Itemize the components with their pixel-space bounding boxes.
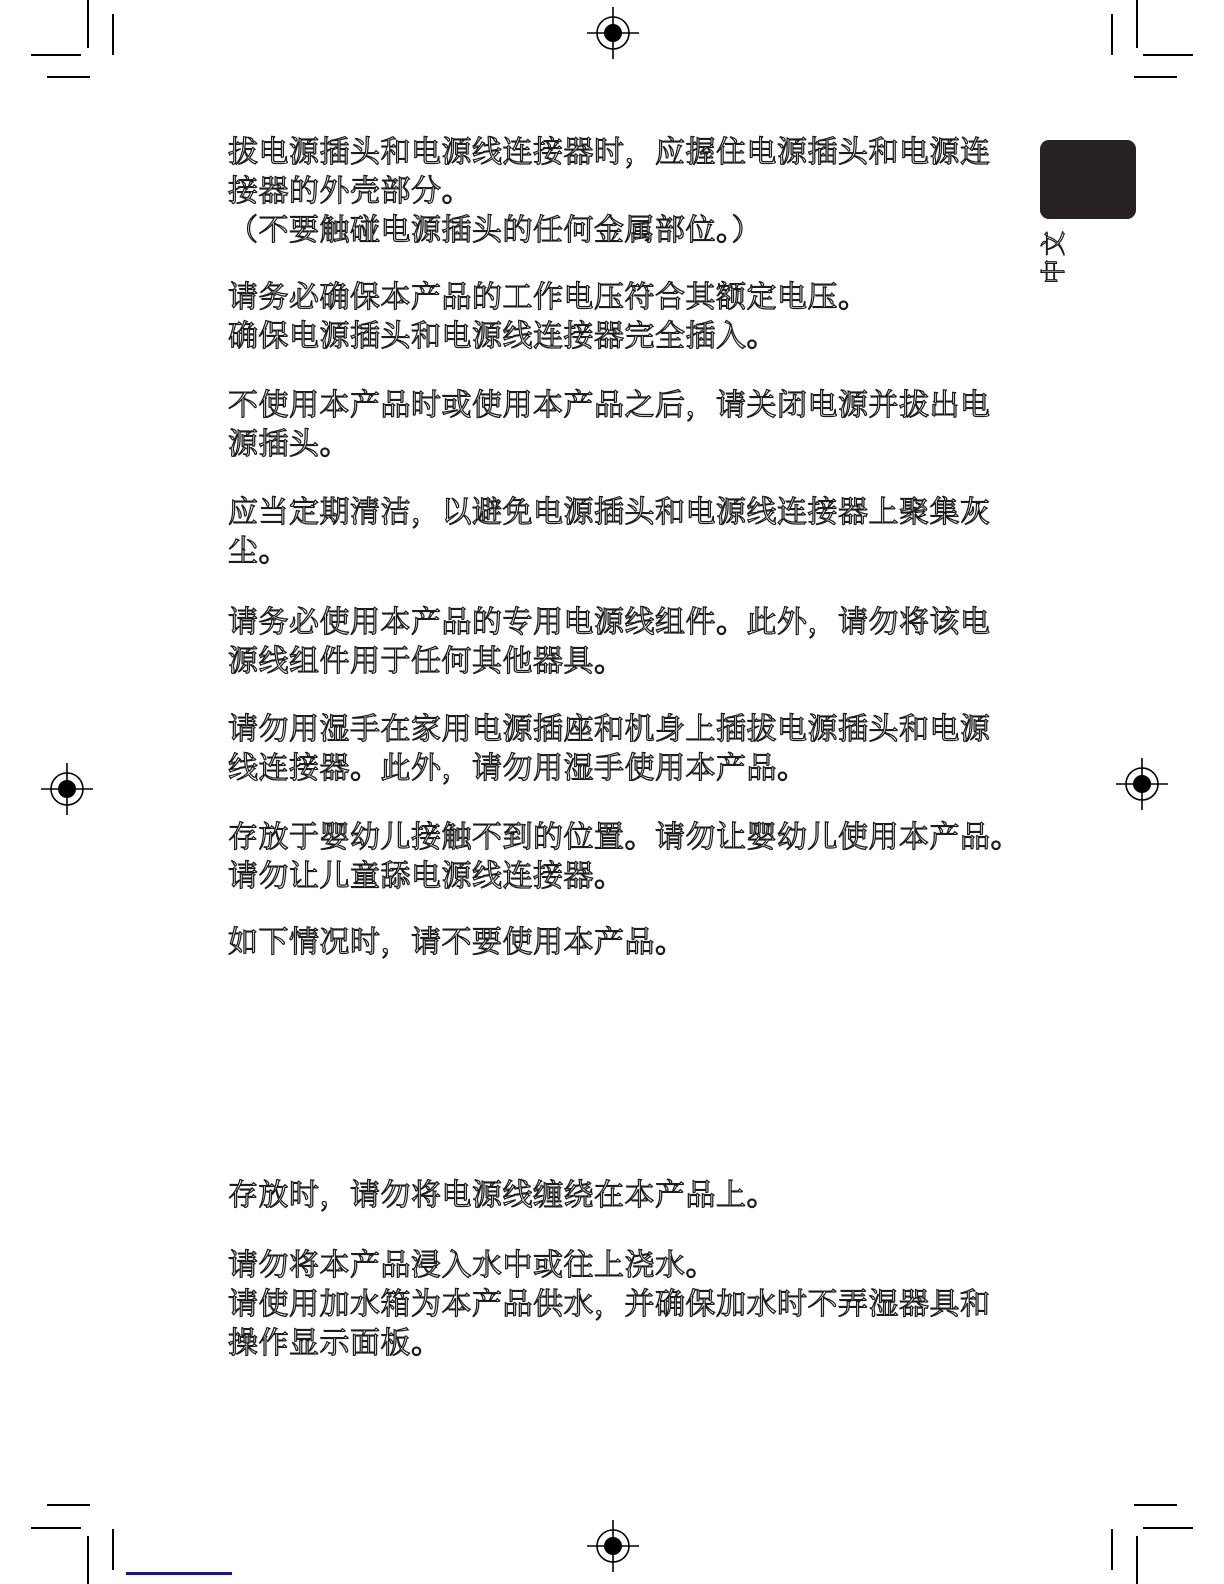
safety-paragraph-6: 请勿用湿手在家用电源插座和机身上插拔电源插头和电源 线连接器。此外，请勿用湿手使… bbox=[228, 710, 1028, 788]
safety-paragraph-1: 拔电源插头和电源线连接器时，应握住电源插头和电源连 接器的外壳部分。 （不要触碰… bbox=[228, 133, 1028, 250]
language-tab-label: 中文 bbox=[1040, 228, 1068, 284]
safety-paragraph-10: 请勿将本产品浸入水中或往上浇水。 请使用加水箱为本产品供水，并确保加水时不弄湿器… bbox=[228, 1246, 1028, 1363]
registration-mark-icon bbox=[587, 1520, 639, 1572]
safety-paragraph-9: 存放时，请勿将电源线缠绕在本产品上。 bbox=[228, 1176, 1028, 1215]
crop-mark bbox=[31, 54, 81, 56]
crop-mark bbox=[1134, 76, 1177, 78]
safety-paragraph-2: 请务必确保本产品的工作电压符合其额定电压。 确保电源插头和电源线连接器完全插入。 bbox=[228, 278, 1028, 356]
crop-mark bbox=[47, 76, 90, 78]
language-tab: 中文 bbox=[1030, 222, 1078, 290]
registration-mark-icon bbox=[41, 763, 93, 815]
crop-mark bbox=[1136, 0, 1138, 48]
blue-rule-divider bbox=[126, 1572, 232, 1575]
safety-paragraph-8: 如下情况时，请不要使用本产品。 bbox=[228, 923, 1028, 962]
crop-mark bbox=[1143, 54, 1193, 56]
safety-paragraph-5: 请务必使用本产品的专用电源线组件。此外，请勿将该电 源线组件用于任何其他器具。 bbox=[228, 603, 1028, 681]
crop-mark bbox=[1111, 14, 1113, 55]
crop-mark bbox=[31, 1527, 81, 1529]
crop-mark bbox=[1143, 1527, 1193, 1529]
safety-paragraph-3: 不使用本产品时或使用本产品之后，请关闭电源并拔出电 源插头。 bbox=[228, 386, 1028, 464]
crop-mark bbox=[47, 1504, 90, 1506]
safety-paragraph-7: 存放于婴幼儿接触不到的位置。请勿让婴幼儿使用本产品。 请勿让儿童舔电源线连接器。 bbox=[228, 818, 1028, 896]
crop-mark bbox=[87, 0, 89, 48]
crop-mark bbox=[112, 14, 114, 55]
registration-mark-icon bbox=[587, 7, 639, 59]
manual-page: 中文 拔电源插头和电源线连接器时，应握住电源插头和电源连 接器的外壳部分。 （不… bbox=[0, 0, 1224, 1584]
registration-mark-icon bbox=[1116, 758, 1168, 810]
crop-mark bbox=[1136, 1536, 1138, 1584]
crop-mark bbox=[87, 1536, 89, 1584]
section-index-tab bbox=[1040, 140, 1136, 219]
crop-mark bbox=[1111, 1529, 1113, 1570]
crop-mark bbox=[1134, 1504, 1177, 1506]
crop-mark bbox=[112, 1529, 114, 1570]
safety-paragraph-4: 应当定期清洁，以避免电源插头和电源线连接器上聚集灰 尘。 bbox=[228, 493, 1028, 571]
